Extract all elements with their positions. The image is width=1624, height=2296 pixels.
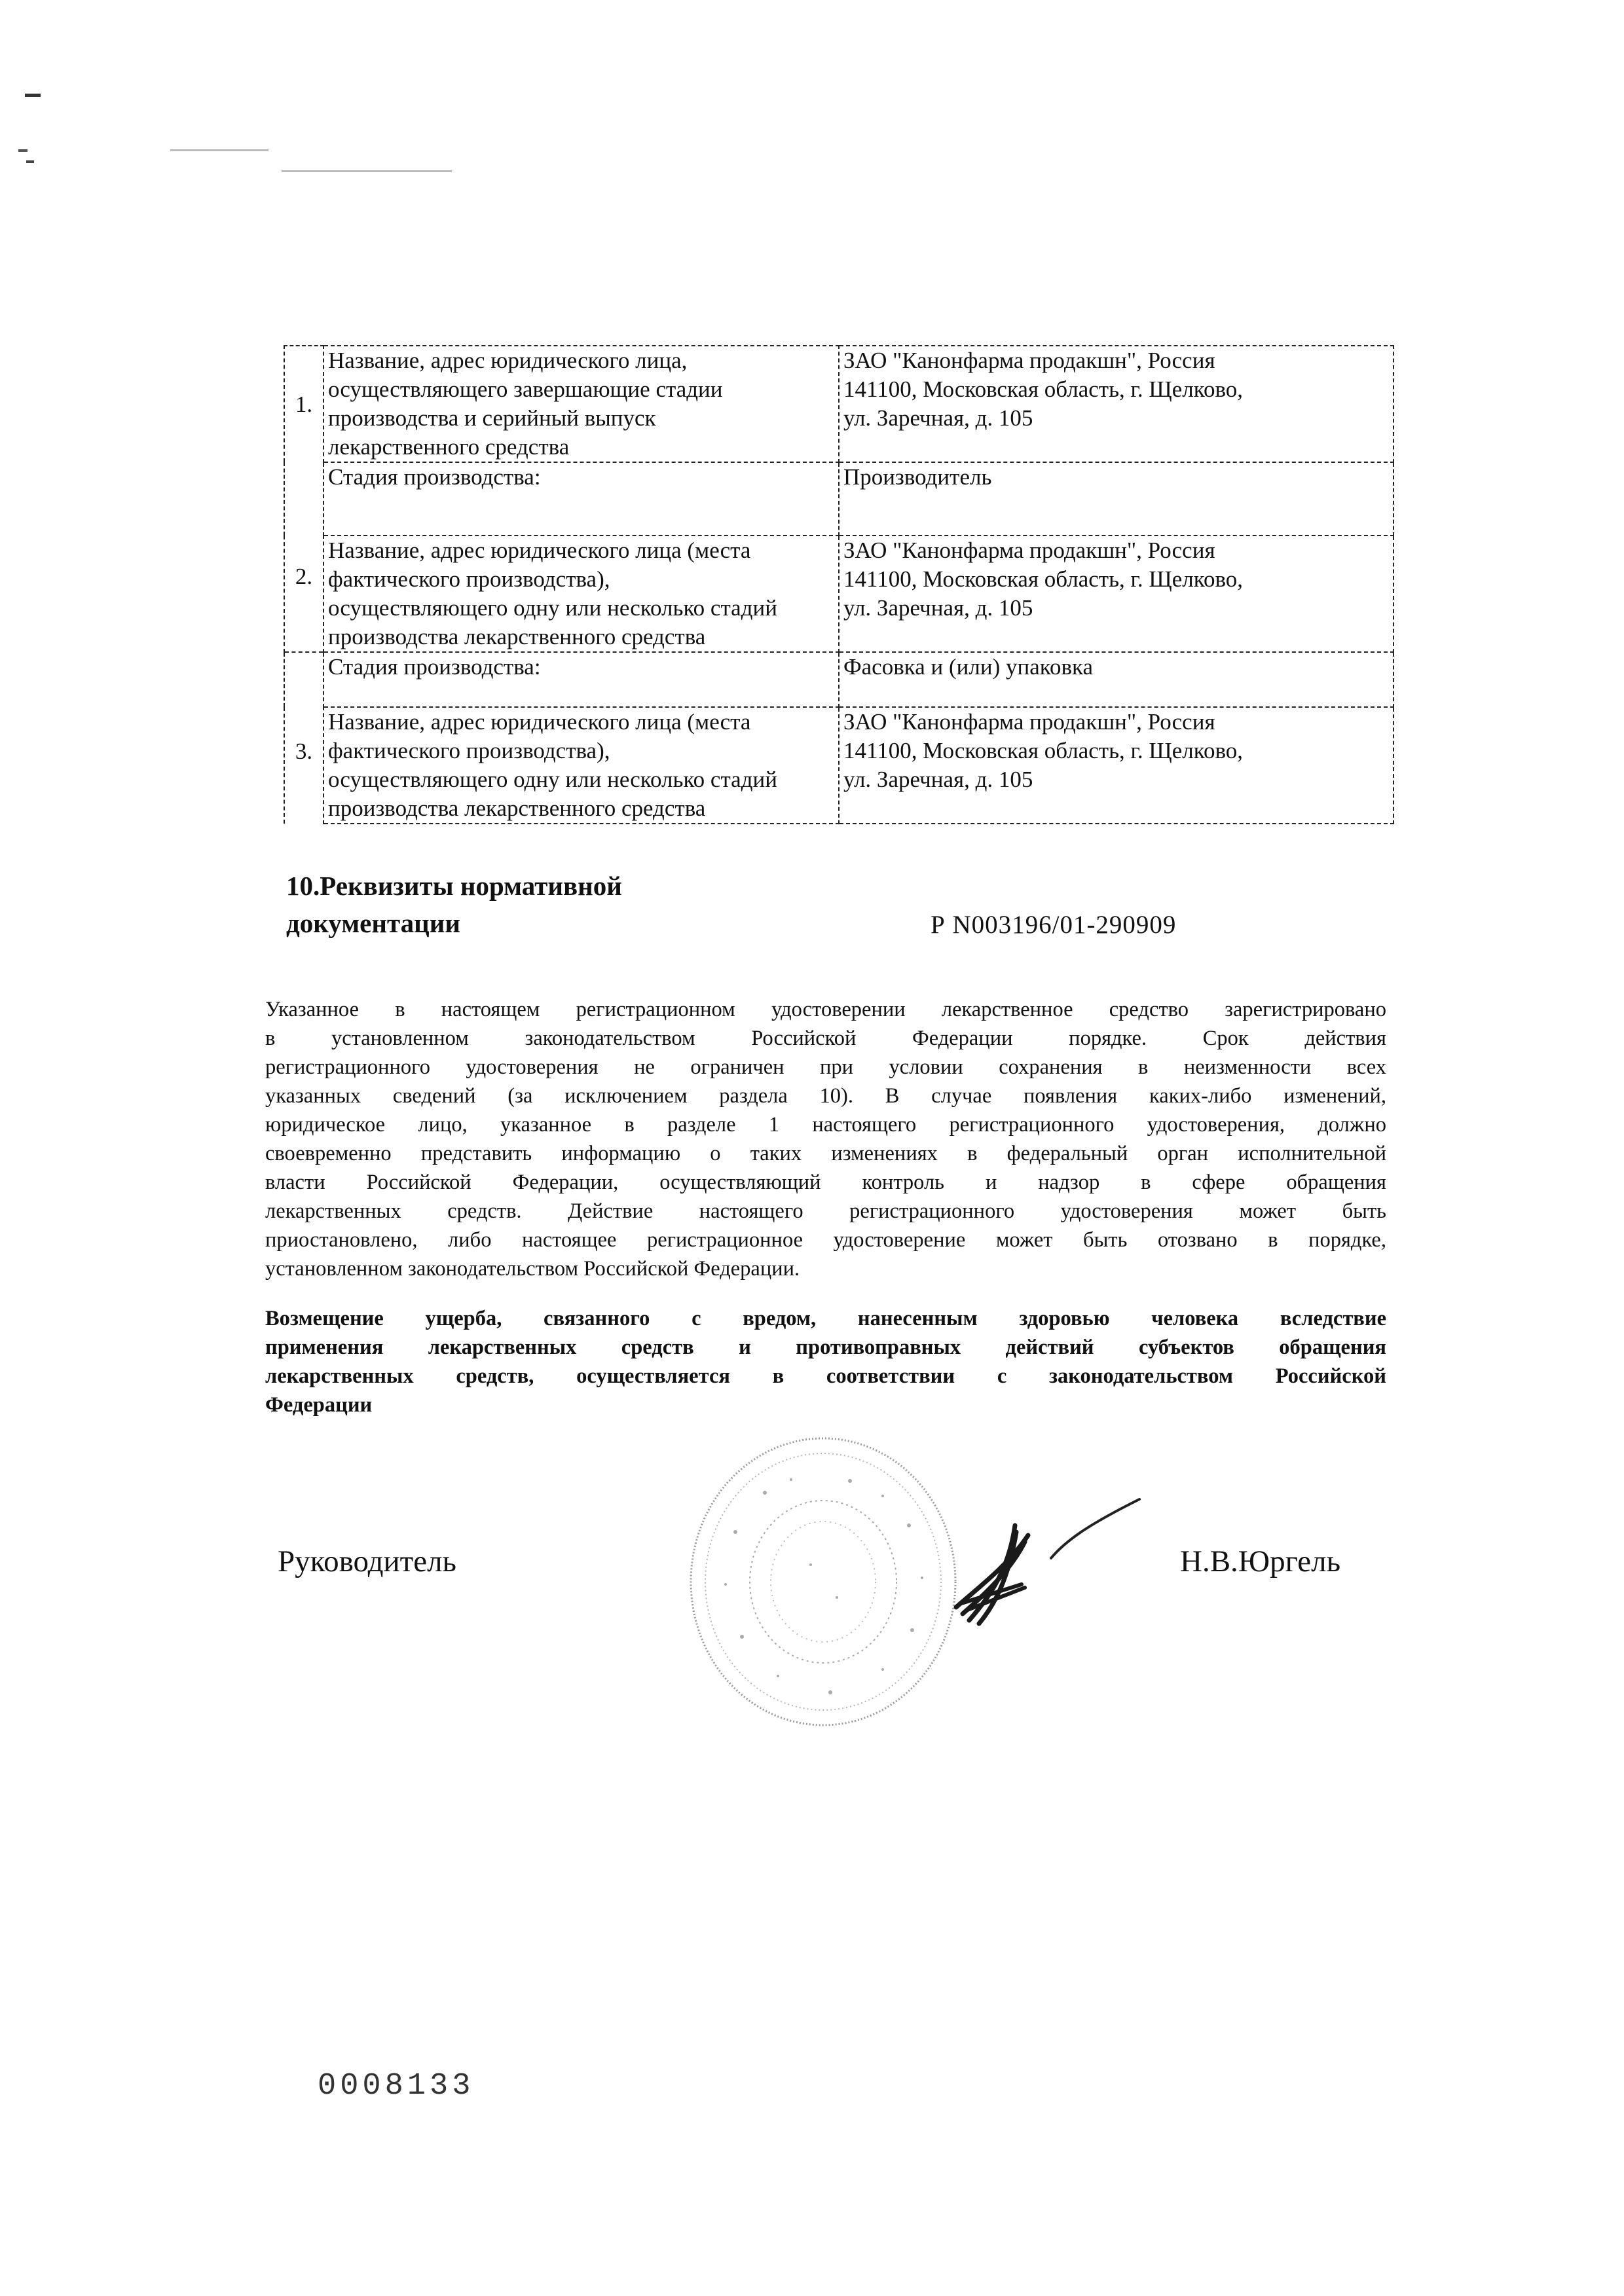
paragraph-line: установленном законодательством Российск… (265, 1254, 1386, 1283)
scan-artifact (170, 149, 268, 151)
scan-artifact (18, 149, 28, 152)
row-number-cell: 3. (284, 652, 323, 824)
paragraph-line: власти Российской Федерации, осуществляю… (265, 1168, 1386, 1197)
label-line: Название, адрес юридического лица (места (328, 536, 836, 565)
paragraph-line: регистрационного удостоверения не ограни… (265, 1053, 1386, 1082)
label-line: Название, адрес юридического лица (места (328, 708, 836, 737)
paragraph-line: Указанное в настоящем регистрационном уд… (265, 995, 1386, 1024)
manufacturer-table: 1. Название, адрес юридического лица, ос… (284, 345, 1394, 824)
value-line: 141100, Московская область, г. Щелково, (843, 565, 1390, 594)
value-line: 141100, Московская область, г. Щелково, (843, 737, 1390, 765)
signatory-name: Н.В.Юргель (1180, 1544, 1340, 1579)
label-line: фактического производства), (328, 737, 836, 765)
label-line: Название, адрес юридического лица, (328, 346, 836, 375)
table-row-stage: 3. Стадия производства: Фасовка и (или) … (284, 652, 1393, 707)
paragraph-line: своевременно представить информацию о та… (265, 1139, 1386, 1168)
paragraph-line: указанных сведений (за исключением разде… (265, 1082, 1386, 1110)
row-label: Название, адрес юридического лица (места… (323, 707, 839, 824)
value-line: ЗАО "Канонфарма продакшн", Россия (843, 346, 1390, 375)
row-value: ЗАО "Канонфарма продакшн", Россия 141100… (839, 707, 1393, 824)
scan-artifact (26, 160, 34, 163)
row-number: 3. (295, 738, 312, 764)
stage-value: Производитель (839, 462, 1393, 536)
label-line: осуществляющего одну или несколько стади… (328, 594, 836, 623)
paragraph-line: лекарственных средств. Действие настояще… (265, 1197, 1386, 1226)
label-line: фактического производства), (328, 565, 836, 594)
heading-line: документации (286, 908, 622, 939)
table-row: Название, адрес юридического лица (места… (284, 707, 1393, 824)
paragraph-line: приостановлено, либо настоящее регистрац… (265, 1226, 1386, 1254)
value-line: ул. Заречная, д. 105 (843, 765, 1390, 794)
table-row: 1. Название, адрес юридического лица, ос… (284, 346, 1393, 462)
row-label: Название, адрес юридического лица, осуще… (323, 346, 839, 462)
value-line: 141100, Московская область, г. Щелково, (843, 375, 1390, 404)
row-number: 2. (295, 564, 312, 589)
paragraph-line: Возмещение ущерба, связанного с вредом, … (265, 1304, 1386, 1333)
row-number-cell: 2. (284, 462, 323, 652)
paragraph-line: юридическое лицо, указанное в разделе 1 … (265, 1110, 1386, 1139)
paragraph-line: в установленном законодательством Россий… (265, 1024, 1386, 1053)
table-row-stage: 2. Стадия производства: Производитель (284, 462, 1393, 536)
paragraph-line: лекарственных средств, осуществляется в … (265, 1362, 1386, 1391)
stage-value: Фасовка и (или) упаковка (839, 652, 1393, 707)
section-10-heading: 10.Реквизиты нормативной документации (286, 871, 622, 939)
stage-label: Стадия производства: (323, 462, 839, 536)
paragraph-line: применения лекарственных средств и проти… (265, 1333, 1386, 1362)
row-label: Название, адрес юридического лица (места… (323, 536, 839, 652)
value-line: ЗАО "Канонфарма продакшн", Россия (843, 708, 1390, 737)
label-line: лекарственного средства (328, 433, 836, 462)
signatory-role: Руководитель (278, 1544, 456, 1579)
row-value: ЗАО "Канонфарма продакшн", Россия 141100… (839, 536, 1393, 652)
row-number: 1. (284, 346, 323, 462)
table-row: Название, адрес юридического лица (места… (284, 536, 1393, 652)
value-line: ул. Заречная, д. 105 (843, 404, 1390, 433)
label-line: производства лекарственного средства (328, 623, 836, 651)
stage-label: Стадия производства: (323, 652, 839, 707)
row-value: ЗАО "Канонфарма продакшн", Россия 141100… (839, 346, 1393, 462)
value-line: ул. Заречная, д. 105 (843, 594, 1390, 623)
heading-line: 10.Реквизиты нормативной (286, 871, 622, 902)
form-serial-number: 0008133 (318, 2069, 474, 2104)
normative-doc-number: Р N003196/01-290909 (931, 910, 1176, 939)
label-line: осуществляющего одну или несколько стади… (328, 765, 836, 794)
official-seal-icon (686, 1434, 960, 1730)
damages-paragraph: Возмещение ущерба, связанного с вредом, … (265, 1304, 1386, 1419)
scan-artifact (282, 170, 452, 172)
paragraph-line: Федерации (265, 1391, 1386, 1419)
handwritten-signature-icon (943, 1486, 1159, 1637)
scan-artifact (25, 94, 41, 97)
label-line: осуществляющего завершающие стадии (328, 375, 836, 404)
validity-paragraph: Указанное в настоящем регистрационном уд… (265, 995, 1386, 1283)
label-line: производства лекарственного средства (328, 794, 836, 823)
label-line: производства и серийный выпуск (328, 404, 836, 433)
value-line: ЗАО "Канонфарма продакшн", Россия (843, 536, 1390, 565)
